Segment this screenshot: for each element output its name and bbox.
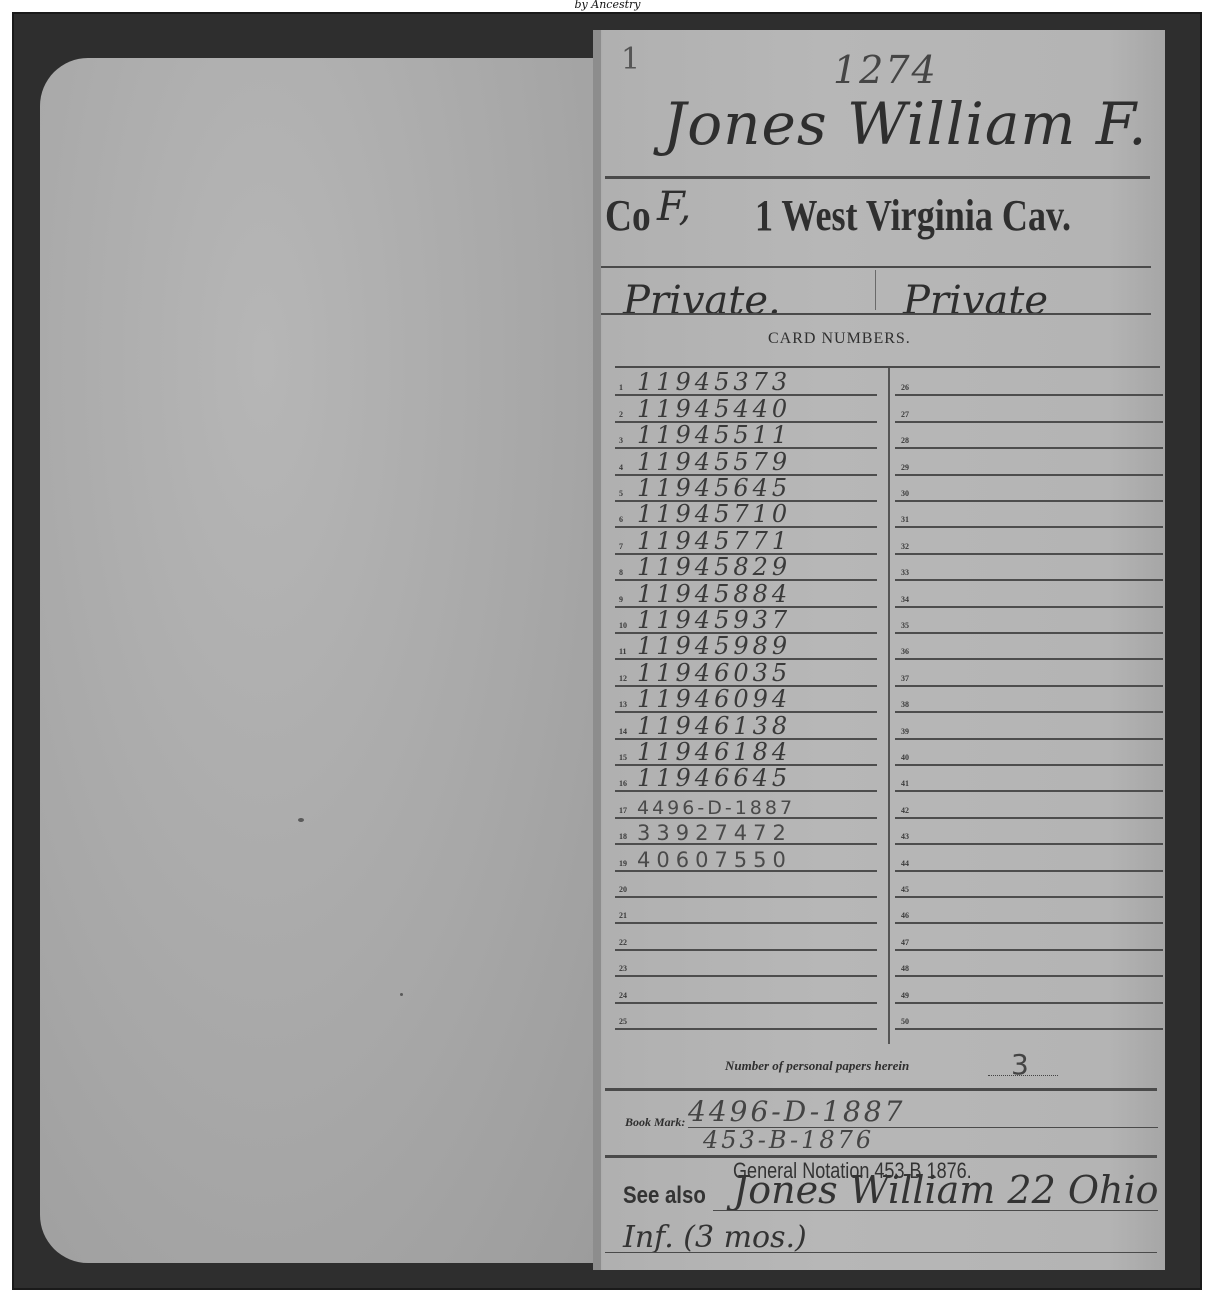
card-number-row: 1411946138 <box>615 713 877 739</box>
card-number-value: 11945937 <box>637 606 791 634</box>
corner-mark: 1 <box>621 42 640 77</box>
card-number-value: 11945710 <box>637 500 791 528</box>
card-number-row: 29 <box>895 449 1163 475</box>
card-number-row: 31 <box>895 502 1163 528</box>
card-number-row: 34 <box>895 581 1163 607</box>
card-number-value: 11946138 <box>637 712 791 740</box>
card-number-row: 23 <box>615 951 877 977</box>
card-number-row: 174496-D-1887 <box>615 792 877 818</box>
card-number-row: 44 <box>895 845 1163 871</box>
card-number-row: 27 <box>895 396 1163 422</box>
book-mark-line-1: 4496-D-1887 <box>688 1095 905 1128</box>
regiment-name: 1 West Virginia Cav. <box>755 190 1071 241</box>
card-number-value: 11945511 <box>637 421 791 449</box>
card-number-row: 36 <box>895 634 1163 660</box>
card-number-row: 48 <box>895 951 1163 977</box>
file-number: 1274 <box>833 48 938 92</box>
card-number-row: 33 <box>895 555 1163 581</box>
company-label: Co <box>605 190 651 241</box>
card-number-value: 11945989 <box>637 632 791 660</box>
card-numbers-column-divider <box>888 368 890 1044</box>
card-fold <box>593 30 601 1270</box>
card-number-row: 911945884 <box>615 581 877 607</box>
card-number-row: 611945710 <box>615 502 877 528</box>
card-number-row: 25 <box>615 1004 877 1030</box>
card-number-value: 11945884 <box>637 580 791 608</box>
card-number-value: 11946035 <box>637 659 791 687</box>
rank-in: Private. <box>623 278 781 324</box>
card-number-row: 111945373 <box>615 370 877 396</box>
cover-blemish <box>298 818 304 822</box>
card-number-row: 411945579 <box>615 449 877 475</box>
card-number-row: 20 <box>615 872 877 898</box>
card-number-value: 11945829 <box>637 553 791 581</box>
book-mark-label: Book Mark: <box>625 1115 685 1130</box>
card-number-row: 28 <box>895 423 1163 449</box>
card-number-row: 511945645 <box>615 476 877 502</box>
card-number-row: 311945511 <box>615 423 877 449</box>
card-number-row: 49 <box>895 977 1163 1003</box>
card-number-row: 30 <box>895 476 1163 502</box>
unit-row: Co F, 1 West Virginia Cav. <box>605 190 1150 250</box>
card-number-row: 47 <box>895 924 1163 950</box>
card-number-row: 26 <box>895 370 1163 396</box>
cover-blemish <box>400 993 403 996</box>
card-number-value: 11945645 <box>637 474 791 502</box>
card-number-row: 711945771 <box>615 528 877 554</box>
name-underline <box>605 176 1150 179</box>
card-number-row: 1511946184 <box>615 740 877 766</box>
card-number-row: 37 <box>895 660 1163 686</box>
book-mark-line-2: 453-B-1876 <box>703 1126 874 1154</box>
card-number-row: 22 <box>615 924 877 950</box>
card-number-value: 4496-D-1887 <box>637 797 795 819</box>
company-letter: F, <box>657 184 691 230</box>
card-number-row: 43 <box>895 819 1163 845</box>
card-number-row: 41 <box>895 766 1163 792</box>
see-also-underline <box>713 1210 1158 1211</box>
card-number-row: 35 <box>895 608 1163 634</box>
card-numbers-title: CARD NUMBERS. <box>768 330 911 348</box>
card-number-row: 42 <box>895 792 1163 818</box>
card-number-value: 11946094 <box>637 685 791 713</box>
card-number-row: 1111945989 <box>615 634 877 660</box>
card-number-value: 33927472 <box>637 821 792 845</box>
card-number-value: 40607550 <box>637 848 792 872</box>
personal-papers-label: Number of personal papers herein <box>725 1058 909 1074</box>
card-number-row: 38 <box>895 687 1163 713</box>
card-number-value: 11946184 <box>637 738 791 766</box>
card-number-row: 40 <box>895 740 1163 766</box>
card-number-row: 46 <box>895 898 1163 924</box>
card-number-row: 39 <box>895 713 1163 739</box>
card-number-row: 1833927472 <box>615 819 877 845</box>
see-also-label: See also <box>623 1182 706 1210</box>
card-number-row: 24 <box>615 977 877 1003</box>
folder-cover <box>40 58 600 1263</box>
card-number-row: 45 <box>895 872 1163 898</box>
personal-papers-count: 3 <box>1011 1048 1029 1081</box>
card-number-row: 50 <box>895 1004 1163 1030</box>
card-number-value: 11945579 <box>637 448 791 476</box>
card-number-row: 21 <box>615 898 877 924</box>
card-number-row: 1211946035 <box>615 660 877 686</box>
soldier-name: Jones William F. <box>663 90 1148 158</box>
rank-out: Private <box>903 278 1048 324</box>
card-number-row: 1611946645 <box>615 766 877 792</box>
ancestry-watermark: by Ancestry <box>0 0 1215 12</box>
card-number-row: 1011945937 <box>615 608 877 634</box>
card-number-value: 11945440 <box>637 395 791 423</box>
card-number-row: 811945829 <box>615 555 877 581</box>
rank-top-rule <box>601 266 1151 268</box>
rank-divider <box>875 270 876 310</box>
card-number-value: 11946645 <box>637 764 791 792</box>
card-number-row: 1940607550 <box>615 845 877 871</box>
card-number-value: 11945771 <box>637 527 791 555</box>
see-also-entry-continued: Inf. (3 mos.) <box>623 1220 807 1255</box>
see-also-bottom-rule <box>605 1252 1157 1253</box>
papers-rule <box>605 1088 1157 1091</box>
card-number-row: 32 <box>895 528 1163 554</box>
card-number-row: 211945440 <box>615 396 877 422</box>
card-number-value: 11945373 <box>637 368 791 396</box>
jacket-card: 1 1274 Jones William F. Co F, 1 West Vir… <box>593 30 1165 1270</box>
rank-bottom-rule <box>601 313 1151 315</box>
see-also-entry: Jones William 22 Ohio <box>733 1168 1159 1212</box>
card-number-row: 1311946094 <box>615 687 877 713</box>
